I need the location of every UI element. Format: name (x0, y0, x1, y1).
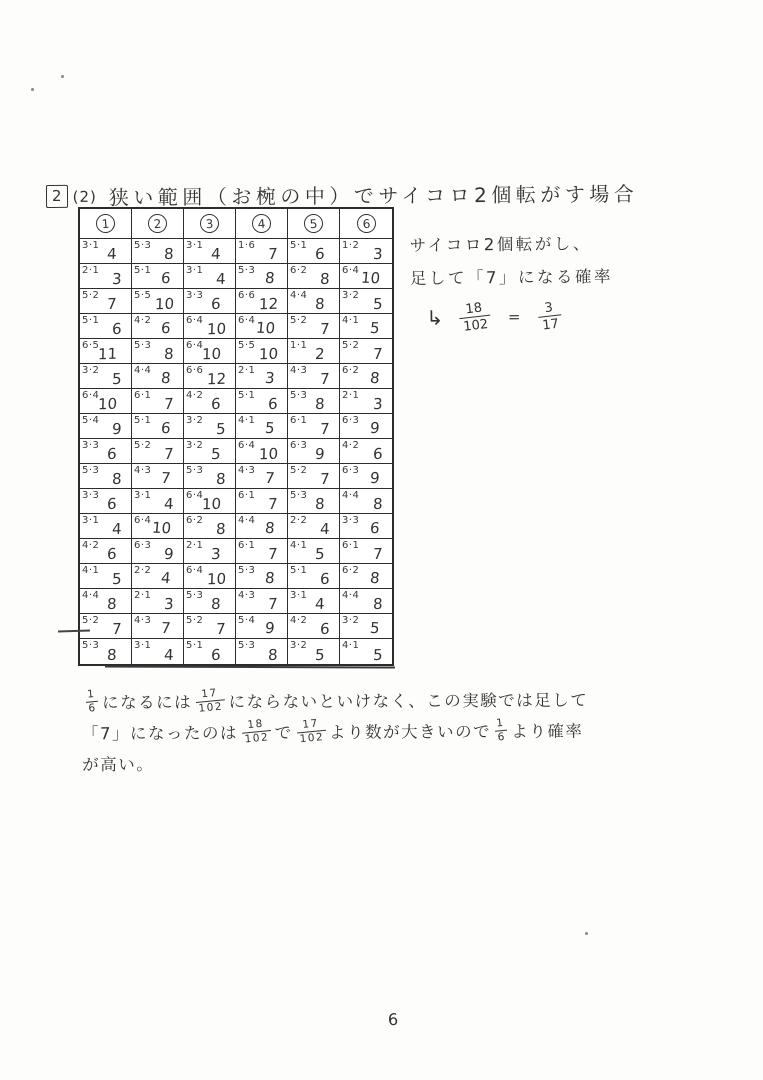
dice-cell: 5·38 (80, 639, 132, 664)
dice-cell: 3·14 (184, 239, 236, 264)
dice-cell: 4·48 (288, 289, 340, 314)
dice-sum: 4 (164, 646, 174, 664)
dice-pair: 4·4 (342, 490, 359, 501)
dice-pair: 1·2 (342, 240, 359, 251)
dice-sum: 8 (315, 295, 325, 313)
dice-pair: 4·2 (342, 440, 359, 451)
dice-sum: 8 (265, 269, 276, 287)
dice-cell: 6·410 (236, 439, 288, 464)
dice-sum: 6 (315, 245, 325, 263)
dice-sum: 2 (315, 345, 325, 363)
dice-cell: 2·13 (184, 539, 236, 564)
dice-cell: 5·27 (340, 339, 392, 364)
dice-pair: 4·3 (238, 590, 255, 601)
dice-sum: 10 (151, 519, 172, 538)
dice-pair: 5·3 (290, 390, 307, 401)
dice-pair: 2·1 (134, 590, 151, 601)
dice-sum: 5 (373, 295, 383, 313)
fraction-denominator: 17 (539, 314, 563, 332)
dice-cell: 5·16 (132, 264, 184, 289)
dice-sum: 9 (370, 469, 381, 487)
dice-sum: 9 (315, 445, 325, 463)
inline-fraction: 16 (85, 688, 99, 713)
dice-cell: 3·25 (340, 289, 392, 314)
conclusion-text: にならないといけなく、この実験では足して (229, 686, 589, 712)
dice-pair: 6·3 (342, 415, 359, 426)
dice-sum: 4 (216, 270, 226, 288)
dice-cell: 2·24 (132, 564, 184, 589)
fraction-denominator: 102 (196, 698, 226, 713)
dice-cell: 4·37 (132, 464, 184, 489)
table-row: 3·363·146·4106·175·384·48 (80, 489, 392, 514)
scanned-page: 2 (2) 狭い範囲（お椀の中）でサイコロ2個転がす場合 1234563·145… (0, 0, 763, 1080)
dice-pair: 4·4 (82, 590, 99, 601)
dice-sum: 8 (265, 569, 276, 587)
dice-cell: 3·14 (80, 239, 132, 264)
dice-pair: 4·2 (290, 615, 307, 626)
dice-pair: 5·3 (238, 265, 255, 276)
conclusion-text: で (274, 719, 292, 743)
dice-cell: 5·27 (288, 314, 340, 339)
dice-sum: 6 (373, 445, 383, 463)
dice-pair: 6·2 (342, 565, 359, 576)
dice-cell: 5·38 (184, 589, 236, 614)
dice-pair: 5·3 (238, 565, 255, 576)
dice-sum: 7 (164, 395, 174, 413)
dice-sum: 8 (370, 569, 381, 587)
table-row: 6·4106·174·265·165·382·13 (80, 389, 392, 414)
dice-sum: 10 (202, 495, 222, 514)
dice-cell: 4·48 (340, 589, 392, 614)
dice-sum: 4 (112, 520, 122, 538)
conclusion-line: 「7」になったのは18102で17102より数が大きいので16より確率 (82, 714, 589, 748)
dice-sum: 12 (259, 295, 279, 314)
dice-pair: 5·2 (82, 615, 99, 626)
dice-pair: 3·2 (186, 440, 203, 451)
dice-cell: 1·67 (236, 239, 288, 264)
dice-sum: 6 (161, 419, 172, 437)
dice-cell: 2·13 (340, 389, 392, 414)
column-header: 2 (132, 209, 184, 239)
dice-sum: 7 (268, 545, 278, 563)
dice-pair: 4·2 (134, 315, 151, 326)
dice-pair: 6·6 (238, 290, 255, 301)
dice-sum: 10 (155, 295, 175, 314)
dice-pair: 1·1 (290, 340, 307, 351)
dice-cell: 5·27 (80, 289, 132, 314)
table-row: 5·164·266·4106·4105·274·15 (80, 314, 392, 339)
dice-sum: 9 (112, 420, 122, 438)
dice-pair: 5·3 (186, 590, 203, 601)
dice-cell: 6·39 (132, 539, 184, 564)
dice-cell: 6·17 (288, 414, 340, 439)
table-row: 6·5115·386·4105·5101·125·27 (80, 339, 392, 364)
table-row: 2·135·163·145·386·286·410 (80, 264, 392, 289)
dice-cell: 6·612 (184, 364, 236, 389)
dice-cell: 3·14 (80, 514, 132, 539)
dice-sum: 5 (315, 545, 325, 563)
dice-sum: 3 (112, 270, 122, 288)
dice-pair: 6·4 (134, 515, 151, 526)
fraction-denominator: 102 (459, 315, 491, 334)
dice-cell: 4·48 (132, 364, 184, 389)
dice-pair: 2·1 (186, 540, 203, 551)
column-header: 3 (184, 209, 236, 239)
dice-pair: 3·1 (134, 640, 151, 651)
dice-sum: 7 (107, 295, 117, 313)
dice-sum: 6 (268, 395, 278, 413)
dice-sum: 4 (161, 569, 172, 587)
dice-cell: 3·36 (340, 514, 392, 539)
dice-pair: 2·1 (82, 265, 99, 276)
dice-cell: 4·48 (80, 589, 132, 614)
dice-cell: 6·39 (288, 439, 340, 464)
dice-sum: 8 (211, 595, 221, 613)
dice-cell: 5·49 (80, 414, 132, 439)
dice-pair: 4·2 (186, 390, 203, 401)
dice-sum: 6 (161, 269, 172, 287)
dice-pair: 5·1 (290, 565, 307, 576)
dice-cell: 6·28 (288, 264, 340, 289)
dice-sum: 8 (107, 646, 117, 664)
dice-sum: 6 (107, 545, 117, 563)
table-row: 3·365·273·256·4106·394·26 (80, 439, 392, 464)
dice-cell: 3·25 (340, 614, 392, 639)
dice-cell: 6·612 (236, 289, 288, 314)
dice-cell: 6·17 (340, 539, 392, 564)
dice-pair: 5·5 (238, 340, 255, 351)
dice-pair: 3·3 (342, 515, 359, 526)
dice-cell: 4·37 (236, 589, 288, 614)
conclusion-text: になるには (102, 688, 192, 712)
dice-sum: 8 (161, 369, 172, 387)
fraction-numerator: 1 (87, 688, 96, 700)
dice-sum: 6 (211, 395, 221, 413)
dice-sum: 12 (207, 370, 227, 389)
dice-pair: 4·3 (134, 615, 151, 626)
dice-sum: 6 (112, 320, 122, 338)
inline-fraction: 18102 (241, 718, 272, 745)
scan-speck (31, 88, 34, 91)
dice-cell: 5·38 (80, 464, 132, 489)
circled-number: 3 (199, 213, 219, 233)
conclusion-text: より確率 (511, 717, 583, 741)
dice-sum: 7 (161, 619, 172, 637)
dice-sum: 6 (211, 295, 221, 313)
dice-pair: 5·2 (134, 440, 151, 451)
dice-cell: 4·37 (288, 364, 340, 389)
dice-sum: 7 (161, 469, 172, 487)
table-row: 3·146·4106·284·482·243·36 (80, 514, 392, 539)
dice-pair: 4·4 (134, 365, 151, 376)
dice-pair: 3·1 (186, 265, 203, 276)
dice-sum: 5 (112, 570, 122, 588)
dice-pair: 6·4 (186, 315, 203, 326)
page-number: 6 (388, 1010, 399, 1030)
dice-sum: 5 (216, 420, 226, 438)
dice-sum: 4 (320, 520, 330, 538)
dice-pair: 5·2 (290, 315, 307, 326)
dice-sum: 7 (320, 320, 330, 338)
dice-sum: 7 (164, 445, 174, 463)
dice-cell: 4·26 (80, 539, 132, 564)
dice-pair: 6·4 (186, 490, 203, 501)
dice-sum: 10 (98, 395, 118, 414)
dice-cell: 6·410 (80, 389, 132, 414)
dice-pair: 4·1 (82, 565, 99, 576)
dice-sum: 10 (360, 269, 381, 288)
dice-sum: 6 (211, 646, 221, 664)
inline-fraction: 17102 (295, 717, 326, 744)
dice-pair: 6·4 (82, 390, 99, 401)
table-row: 5·275·5103·366·6124·483·25 (80, 289, 392, 314)
dice-cell: 4·26 (288, 614, 340, 639)
dice-cell: 6·28 (340, 364, 392, 389)
dice-sum: 6 (320, 570, 330, 588)
table-row: 3·254·486·6122·134·376·28 (80, 364, 392, 389)
equals-sign: = (508, 308, 521, 326)
column-header: 1 (80, 209, 132, 239)
dice-cell: 6·28 (184, 514, 236, 539)
dice-cell: 2·24 (288, 514, 340, 539)
dice-cell: 5·49 (236, 614, 288, 639)
sub-problem-number: (2) (72, 187, 96, 205)
dice-sum: 10 (202, 345, 222, 364)
dice-pair: 4·3 (134, 465, 151, 476)
dice-cell: 5·38 (132, 339, 184, 364)
dice-sum: 4 (315, 595, 325, 613)
inline-fraction: 17102 (195, 687, 226, 714)
dice-pair: 3·1 (134, 490, 151, 501)
dice-pair: 5·2 (82, 290, 99, 301)
dice-pair: 3·3 (82, 490, 99, 501)
dice-sum: 5 (373, 646, 383, 664)
dice-pair: 3·1 (82, 515, 99, 526)
dice-sum: 8 (268, 646, 278, 664)
fraction-denominator: 6 (86, 700, 99, 714)
dice-sum: 9 (370, 419, 381, 437)
dice-sum: 6 (107, 495, 117, 513)
dice-pair: 5·2 (186, 615, 203, 626)
dice-sum: 9 (164, 545, 174, 563)
dice-pair: 2·1 (342, 390, 359, 401)
scan-speck (585, 932, 588, 935)
inline-fraction: 16 (494, 717, 508, 742)
dice-pair: 5·3 (134, 340, 151, 351)
dice-pair: 3·2 (186, 415, 203, 426)
dice-sum: 8 (265, 519, 276, 537)
dice-cell: 5·16 (80, 314, 132, 339)
dice-pair: 3·2 (342, 290, 359, 301)
dice-cell: 4·26 (340, 439, 392, 464)
dice-pair: 4·2 (82, 540, 99, 551)
dice-pair: 5·4 (238, 615, 255, 626)
dice-pair: 6·1 (134, 390, 151, 401)
dice-cell: 5·16 (132, 414, 184, 439)
fraction-numerator: 17 (201, 687, 218, 700)
dice-cell: 3·14 (132, 639, 184, 664)
dice-cell: 6·410 (184, 564, 236, 589)
dice-pair: 4·4 (342, 590, 359, 601)
note-line-2: 足して「7」になる確率 (410, 260, 613, 295)
dice-sum: 7 (216, 620, 226, 638)
dice-cell: 4·48 (340, 489, 392, 514)
dice-pair: 5·1 (134, 415, 151, 426)
dice-cell: 3·14 (184, 264, 236, 289)
fraction-numerator: 17 (302, 718, 319, 731)
dice-cell: 6·410 (132, 514, 184, 539)
dice-sum: 5 (265, 419, 276, 437)
circled-number: 2 (147, 213, 167, 233)
dice-cell: 4·26 (184, 389, 236, 414)
dice-sum: 7 (320, 370, 330, 388)
dice-pair: 2·2 (290, 515, 307, 526)
conclusion-text: 「7」になったのは (82, 719, 238, 744)
dice-cell: 5·38 (184, 464, 236, 489)
dice-cell: 2·13 (236, 364, 288, 389)
dice-sum: 7 (320, 420, 330, 438)
dice-sum: 4 (211, 245, 221, 263)
dice-sum: 7 (268, 495, 278, 513)
dice-sum: 7 (112, 620, 122, 638)
dice-cell: 3·36 (184, 289, 236, 314)
dice-cell: 2·13 (132, 589, 184, 614)
dice-sum: 3 (373, 395, 383, 413)
dice-sum: 10 (259, 345, 279, 364)
dice-cell: 5·27 (80, 614, 132, 639)
dice-cell: 5·38 (236, 264, 288, 289)
column-header: 4 (236, 209, 288, 239)
dice-pair: 4·3 (290, 365, 307, 376)
dice-sum: 4 (107, 245, 117, 263)
dice-pair: 6·2 (342, 365, 359, 376)
dice-pair: 6·1 (290, 415, 307, 426)
dice-cell: 5·27 (184, 614, 236, 639)
dice-cell: 4·37 (132, 614, 184, 639)
dice-cell: 4·15 (288, 539, 340, 564)
circled-number: 5 (303, 213, 323, 233)
dice-pair: 5·1 (134, 265, 151, 276)
dice-pair: 6·3 (290, 440, 307, 451)
dice-cell: 6·410 (184, 489, 236, 514)
table-row: 3·145·383·141·675·161·23 (80, 239, 392, 264)
column-header: 5 (288, 209, 340, 239)
dice-cell: 5·27 (132, 439, 184, 464)
dice-cell: 6·39 (340, 464, 392, 489)
table-row: 4·152·246·4105·385·166·28 (80, 564, 392, 589)
dice-pair: 5·1 (186, 640, 203, 651)
dice-cell: 5·16 (288, 564, 340, 589)
dice-sum: 5 (370, 319, 381, 337)
dice-sum: 5 (112, 370, 122, 388)
dice-cell: 6·410 (236, 314, 288, 339)
table-row: 5·495·163·254·156·176·39 (80, 414, 392, 439)
dice-cell: 4·15 (80, 564, 132, 589)
dice-sum: 3 (265, 369, 276, 387)
fraction-denominator: 102 (242, 729, 272, 744)
dice-cell: 3·14 (288, 589, 340, 614)
dice-sum: 8 (315, 395, 325, 413)
dice-pair: 3·3 (82, 440, 99, 451)
dice-pair: 3·2 (82, 365, 99, 376)
circled-number: 4 (251, 213, 271, 233)
dice-sum: 10 (255, 319, 276, 338)
dice-cell: 6·410 (184, 314, 236, 339)
dice-cell: 4·37 (236, 464, 288, 489)
dice-pair: 6·1 (238, 490, 255, 501)
dice-cell: 3·25 (184, 414, 236, 439)
dice-cell: 6·39 (340, 414, 392, 439)
dice-cell: 3·14 (132, 489, 184, 514)
dice-pair: 3·1 (82, 240, 99, 251)
dice-sum: 10 (207, 570, 227, 589)
dice-sum: 3 (164, 595, 174, 613)
dice-cell: 6·17 (132, 389, 184, 414)
dice-sum: 9 (265, 619, 276, 637)
dice-cell: 5·16 (288, 239, 340, 264)
dice-pair: 3·1 (290, 590, 307, 601)
fraction-denominator: 6 (495, 729, 508, 743)
dice-pair: 5·3 (82, 465, 99, 476)
dice-cell: 4·26 (132, 314, 184, 339)
dice-pair: 6·2 (186, 515, 203, 526)
dice-cell: 3·36 (80, 489, 132, 514)
dice-sum: 8 (164, 345, 174, 363)
dice-sum: 8 (370, 369, 381, 387)
dice-sum: 7 (268, 595, 278, 613)
dice-pair: 6·6 (186, 365, 203, 376)
dice-pair: 6·4 (238, 315, 255, 326)
dice-sum: 11 (98, 345, 118, 364)
problem-number-box: 2 (46, 185, 68, 208)
dice-sum: 8 (216, 520, 226, 538)
table-row: 5·383·145·165·383·254·15 (80, 639, 392, 664)
conclusion-text: より数が大きいので (329, 718, 491, 743)
dice-sum: 8 (107, 595, 117, 613)
fraction-numerator: 1 (496, 717, 505, 729)
dice-pair: 6·1 (342, 540, 359, 551)
dice-cell: 5·27 (288, 464, 340, 489)
table-row: 5·384·375·384·375·276·39 (80, 464, 392, 489)
dice-cell: 6·28 (340, 564, 392, 589)
dice-pair: 6·5 (82, 340, 99, 351)
note-line-1: サイコロ2個転がし、 (409, 227, 612, 262)
dice-pair: 6·3 (342, 465, 359, 476)
dice-pair: 3·2 (342, 615, 359, 626)
dice-pair: 5·1 (290, 240, 307, 251)
dice-sum: 3 (373, 245, 383, 263)
dice-pair: 4·1 (342, 315, 359, 326)
dice-cell: 4·15 (340, 314, 392, 339)
dice-pair: 4·1 (238, 415, 255, 426)
dice-cell: 5·38 (132, 239, 184, 264)
scan-speck (61, 75, 64, 78)
dice-sum: 8 (373, 495, 383, 513)
dice-pair: 5·2 (290, 465, 307, 476)
table-row: 4·266·392·136·174·156·17 (80, 539, 392, 564)
dice-pair: 1·6 (238, 240, 255, 251)
conclusion-line: が高い。 (82, 745, 589, 779)
dice-pair: 2·2 (134, 565, 151, 576)
dice-cell: 6·17 (236, 489, 288, 514)
dice-cell: 3·25 (184, 439, 236, 464)
dice-sum: 8 (216, 470, 226, 488)
dice-pair: 5·1 (238, 390, 255, 401)
table-underline-mark (105, 665, 395, 668)
dice-pair: 4·3 (238, 465, 255, 476)
dice-cell: 5·16 (236, 389, 288, 414)
results-table: 1234563·145·383·141·675·161·232·135·163·… (78, 207, 394, 666)
